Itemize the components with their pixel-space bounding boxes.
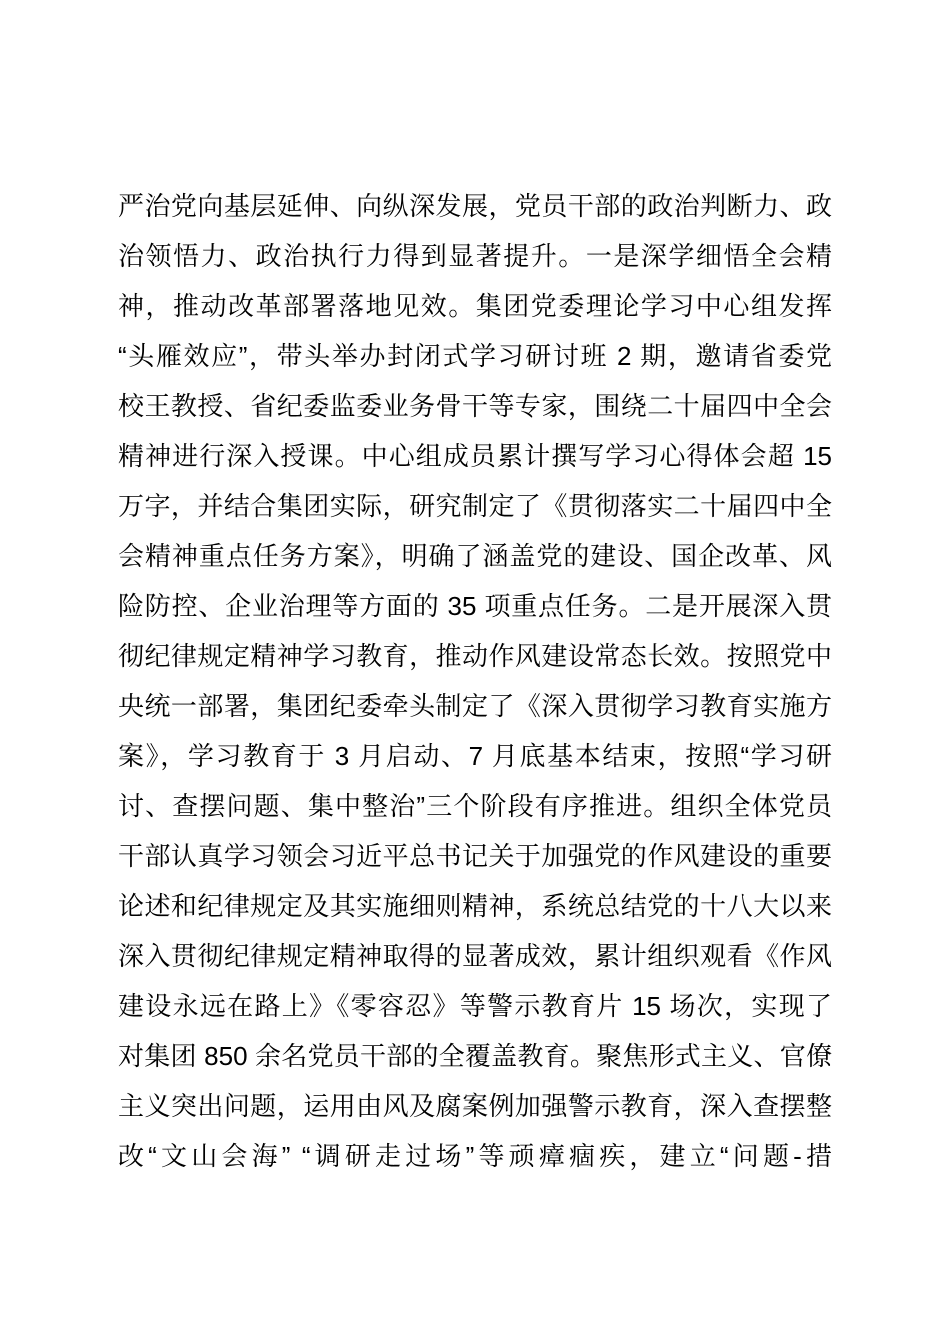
text-line: 校王教授、省纪委监委业务骨干等专家，围绕二十届四中全会: [118, 381, 832, 431]
document-page: 严治党向基层延伸、向纵深发展，党员干部的政治判断力、政 治领悟力、政治执行力得到…: [0, 0, 950, 1344]
text-line: 案》，学习教育于 3 月启动、7 月底基本结束，按照“学习研: [118, 731, 832, 781]
text-line: 精神进行深入授课。中心组成员累计撰写学习心得体会超 15: [118, 431, 832, 481]
text-line: 万字，并结合集团实际，研究制定了《贯彻落实二十届四中全: [118, 481, 832, 531]
text-line: 央统一部署，集团纪委牵头制定了《深入贯彻学习教育实施方: [118, 681, 832, 731]
text-line: 严治党向基层延伸、向纵深发展，党员干部的政治判断力、政: [118, 181, 832, 231]
text-line: “头雁效应”，带头举办封闭式学习研讨班 2 期，邀请省委党: [118, 331, 832, 381]
text-line: 会精神重点任务方案》，明确了涵盖党的建设、国企改革、风: [118, 531, 832, 581]
text-line: 讨、查摆问题、集中整治”三个阶段有序推进。组织全体党员: [118, 781, 832, 831]
text-line: 论述和纪律规定及其实施细则精神，系统总结党的十八大以来: [118, 881, 832, 931]
text-line: 建设永远在路上》《零容忍》等警示教育片 15 场次，实现了: [118, 981, 832, 1031]
text-line: 彻纪律规定精神学习教育，推动作风建设常态长效。按照党中: [118, 631, 832, 681]
text-line: 改“文山会海” “调研走过场”等顽瘴痼疾，建立“问题-措: [118, 1131, 832, 1181]
text-line: 治领悟力、政治执行力得到显著提升。一是深学细悟全会精: [118, 231, 832, 281]
text-line: 险防控、企业治理等方面的 35 项重点任务。二是开展深入贯: [118, 581, 832, 631]
text-line: 干部认真学习领会习近平总书记关于加强党的作风建设的重要: [118, 831, 832, 881]
text-line: 对集团 850 余名党员干部的全覆盖教育。聚焦形式主义、官僚: [118, 1031, 832, 1081]
text-line: 主义突出问题，运用由风及腐案例加强警示教育，深入查摆整: [118, 1081, 832, 1131]
text-line: 深入贯彻纪律规定精神取得的显著成效，累计组织观看《作风: [118, 931, 832, 981]
paragraph-block: 严治党向基层延伸、向纵深发展，党员干部的政治判断力、政 治领悟力、政治执行力得到…: [118, 181, 832, 1181]
text-line: 神，推动改革部署落地见效。集团党委理论学习中心组发挥: [118, 281, 832, 331]
